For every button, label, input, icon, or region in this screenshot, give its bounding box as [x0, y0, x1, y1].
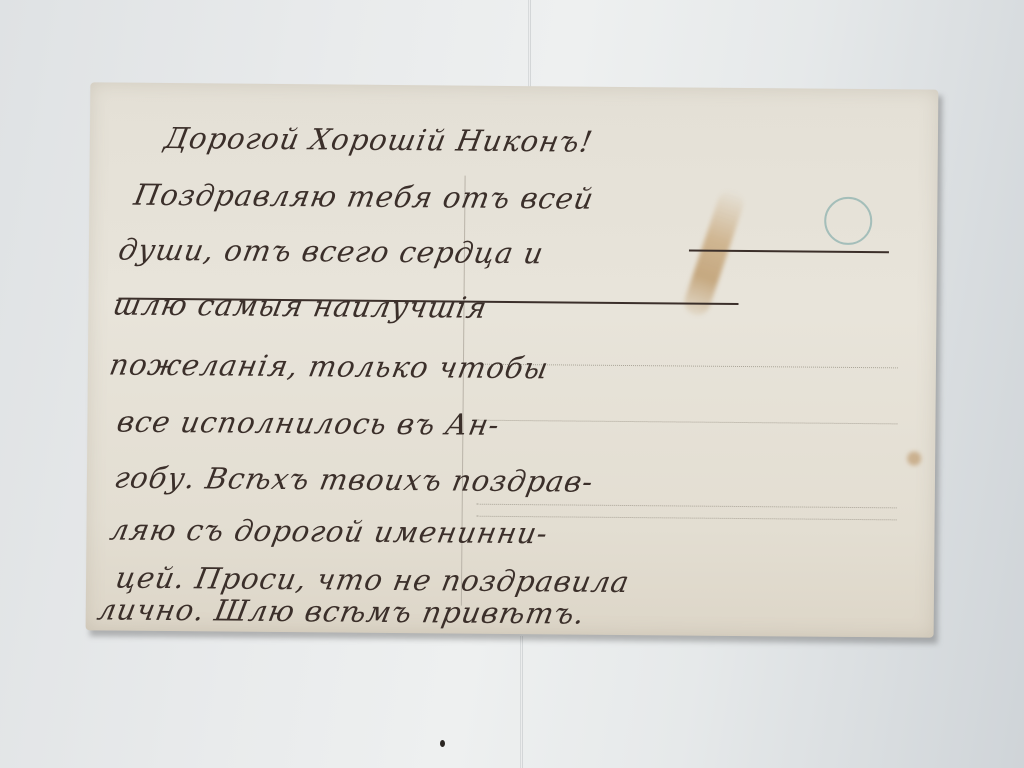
handwritten-line: гобу. Всѣхъ твоихъ поздрав-	[112, 461, 918, 502]
handwritten-line: Поздравляю тебя отъ всей	[131, 178, 920, 219]
handwritten-line: души, отъ всего сердца и	[116, 233, 920, 274]
water-stain-small	[907, 451, 921, 465]
postcard: Дорогой Хорошiй Никонъ! Поздравляю тебя …	[86, 82, 939, 637]
handwritten-line: все исполнилось въ Ан-	[114, 405, 918, 446]
surface-seam-bottom	[520, 636, 523, 768]
handwritten-line: шлю самыя наилучшiя	[110, 288, 919, 329]
address-line	[477, 504, 897, 509]
handwritten-line: лично. Шлю всѣмъ привѣтъ.	[95, 592, 917, 633]
dust-speck	[440, 740, 445, 747]
surface-seam-top	[528, 0, 531, 100]
handwritten-line: Дорогой Хорошiй Никонъ!	[162, 121, 921, 162]
handwritten-line: ляю съ дорогой именинни-	[107, 513, 917, 554]
handwritten-line: пожеланiя, только чтобы	[107, 348, 919, 389]
